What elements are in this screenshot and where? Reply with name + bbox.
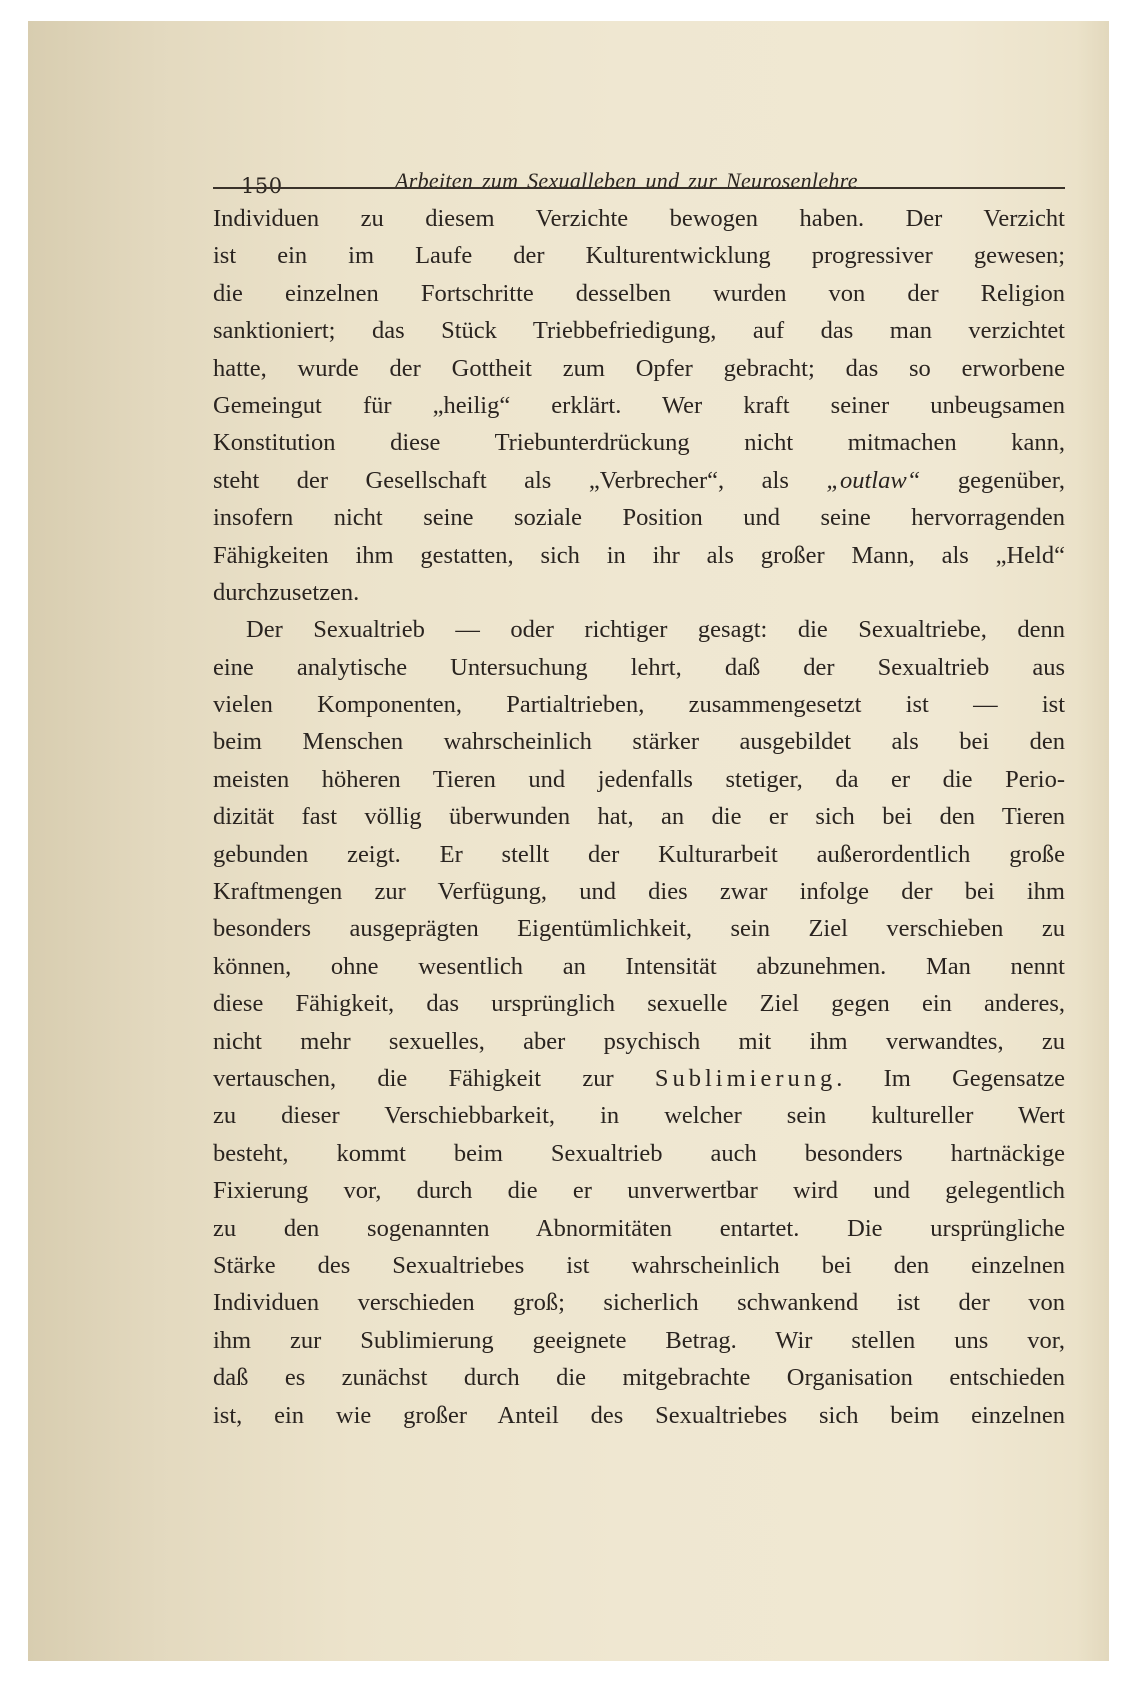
- text-line: Kraftmengen zur Verfügung, und dies zwar…: [213, 873, 1065, 910]
- text-line: Individuen zu diesem Verzichte bewogen h…: [213, 200, 1065, 237]
- spaced-term: Sublimierung: [655, 1065, 836, 1092]
- text-line: Gemeingut für „heilig“ erklärt. Wer kraf…: [213, 387, 1065, 424]
- text-line: besteht, kommt beim Sexualtrieb auch bes…: [213, 1135, 1065, 1172]
- header-rule: [213, 187, 1065, 189]
- text-line: zu den sogenannten Abnormitäten entartet…: [213, 1210, 1065, 1247]
- text-line: steht der Gesellschaft als „Verbrecher“,…: [213, 462, 1065, 499]
- text-line: eine analytische Untersuchung lehrt, daß…: [213, 649, 1065, 686]
- text-segment: gegenüber,: [920, 467, 1065, 494]
- text-line: besonders ausgeprägten Eigentümlichkeit,…: [213, 910, 1065, 947]
- text-segment: steht der Gesellschaft als „Verbrecher“,…: [213, 467, 826, 494]
- text-line: können, ohne wesentlich an Intensität ab…: [213, 948, 1065, 985]
- text-line: Fähigkeiten ihm gestatten, sich in ihr a…: [213, 537, 1065, 574]
- text-line: sanktioniert; das Stück Triebbefriedigun…: [213, 312, 1065, 349]
- text-line: ihm zur Sublimierung geeignete Betrag. W…: [213, 1322, 1065, 1359]
- text-line: daß es zunächst durch die mitgebrachte O…: [213, 1359, 1065, 1396]
- text-line: hatte, wurde der Gottheit zum Opfer gebr…: [213, 350, 1065, 387]
- text-line: insofern nicht seine soziale Position un…: [213, 499, 1065, 536]
- text-line: Fixierung vor, durch die er unverwertbar…: [213, 1172, 1065, 1209]
- text-line: Individuen verschieden groß; sicherlich …: [213, 1284, 1065, 1321]
- text-line: die einzelnen Fortschritte desselben wur…: [213, 275, 1065, 312]
- text-line: Stärke des Sexualtriebes ist wahrscheinl…: [213, 1247, 1065, 1284]
- text-line: dizität fast völlig überwunden hat, an d…: [213, 798, 1065, 835]
- text-line: durchzusetzen.: [213, 574, 1065, 611]
- page-number: 150: [241, 174, 283, 198]
- text-line: meisten höheren Tieren und jedenfalls st…: [213, 761, 1065, 798]
- text-line: Konstitution diese Triebunterdrückung ni…: [213, 424, 1065, 461]
- text-line: zu dieser Verschiebbarkeit, in welcher s…: [213, 1097, 1065, 1134]
- text-line: gebunden zeigt. Er stellt der Kulturarbe…: [213, 836, 1065, 873]
- text-line: ist, ein wie großer Anteil des Sexualtri…: [213, 1397, 1065, 1434]
- text-segment: vertauschen, die Fähigkeit zur: [213, 1065, 655, 1092]
- text-line: Der Sexualtrieb — oder richtiger gesagt:…: [213, 611, 1065, 648]
- text-line: vertauschen, die Fähigkeit zur Sublimier…: [213, 1060, 1065, 1097]
- running-title: Arbeiten zum Sexualleben und zur Neurose…: [395, 168, 858, 194]
- italic-term: „outlaw“: [826, 467, 920, 494]
- text-line: vielen Komponenten, Partialtrieben, zusa…: [213, 686, 1065, 723]
- text-line: nicht mehr sexuelles, aber psychisch mit…: [213, 1023, 1065, 1060]
- text-line: beim Menschen wahrscheinlich stärker aus…: [213, 723, 1065, 760]
- body-text: Individuen zu diesem Verzichte bewogen h…: [213, 200, 1065, 1434]
- text-segment: . Im Gegensatze: [836, 1065, 1065, 1092]
- text-line: diese Fähigkeit, das ursprünglich sexuel…: [213, 985, 1065, 1022]
- text-line: ist ein im Laufe der Kulturentwicklung p…: [213, 237, 1065, 274]
